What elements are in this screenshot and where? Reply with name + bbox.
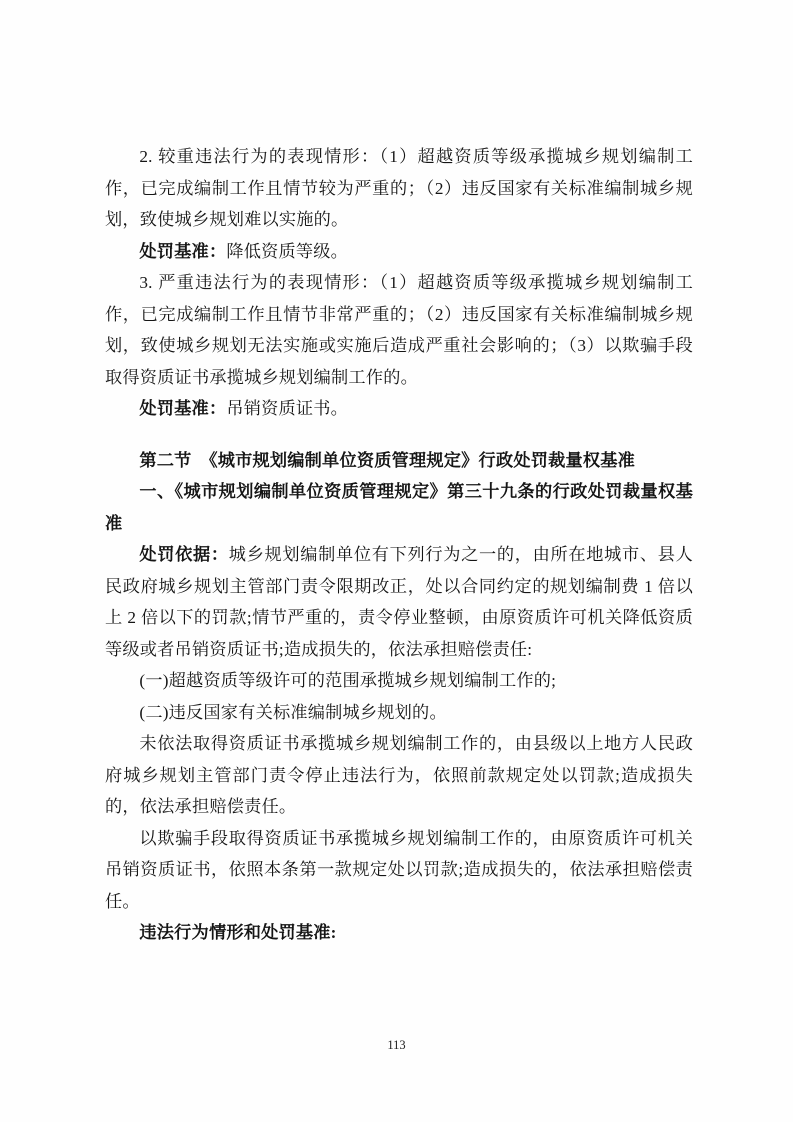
text-run: 一、《城市规划编制单位资质管理规定》第三十九条的行政处罚裁量权基准 bbox=[105, 482, 693, 533]
text-run: (二)违反国家有关标准编制城乡规划的。 bbox=[139, 703, 446, 722]
paragraph: 3. 严重违法行为的表现情形：（1）超越资质等级承揽城乡规划编制工作，已完成编制… bbox=[105, 267, 693, 393]
paragraph: (二)违反国家有关标准编制城乡规划的。 bbox=[105, 697, 693, 729]
text-run: 第二节 《城市规划编制单位资质管理规定》行政处罚裁量权基准 bbox=[139, 451, 635, 470]
text-run: 处罚基准： bbox=[139, 242, 226, 261]
text-run: 以欺骗手段取得资质证书承揽城乡规划编制工作的，由原资质许可机关吊销资质证书，依照… bbox=[105, 829, 693, 911]
text-run: 处罚依据： bbox=[139, 545, 228, 564]
page-number: 113 bbox=[0, 1037, 793, 1053]
document-page: 2. 较重违法行为的表现情形：（1）超越资质等级承揽城乡规划编制工作，已完成编制… bbox=[0, 0, 793, 1122]
paragraph: 处罚基准：吊销资质证书。 bbox=[105, 393, 693, 425]
text-run: 违法行为情形和处罚基准: bbox=[139, 923, 336, 942]
paragraph: 以欺骗手段取得资质证书承揽城乡规划编制工作的，由原资质许可机关吊销资质证书，依照… bbox=[105, 823, 693, 918]
text-run: 未依法取得资质证书承揽城乡规划编制工作的，由县级以上地方人民政府城乡规划主管部门… bbox=[105, 734, 693, 816]
paragraph: (一)超越资质等级许可的范围承揽城乡规划编制工作的; bbox=[105, 665, 693, 697]
text-run: (一)超越资质等级许可的范围承揽城乡规划编制工作的; bbox=[139, 671, 556, 690]
section-heading: 第二节 《城市规划编制单位资质管理规定》行政处罚裁量权基准 bbox=[105, 445, 693, 477]
paragraph: 处罚依据：城乡规划编制单位有下列行为之一的，由所在地城市、县人民政府城乡规划主管… bbox=[105, 539, 693, 665]
paragraph: 违法行为情形和处罚基准: bbox=[105, 917, 693, 949]
text-run: 吊销资质证书。 bbox=[226, 399, 348, 418]
text-run: 降低资质等级。 bbox=[226, 242, 348, 261]
sub-heading: 一、《城市规划编制单位资质管理规定》第三十九条的行政处罚裁量权基准 bbox=[105, 476, 693, 539]
text-run: 处罚基准： bbox=[139, 399, 226, 418]
paragraph: 未依法取得资质证书承揽城乡规划编制工作的，由县级以上地方人民政府城乡规划主管部门… bbox=[105, 728, 693, 823]
paragraph: 处罚基准：降低资质等级。 bbox=[105, 236, 693, 268]
text-run: 3. 严重违法行为的表现情形：（1）超越资质等级承揽城乡规划编制工作，已完成编制… bbox=[105, 273, 693, 387]
document-body: 2. 较重违法行为的表现情形：（1）超越资质等级承揽城乡规划编制工作，已完成编制… bbox=[105, 141, 693, 949]
paragraph: 2. 较重违法行为的表现情形：（1）超越资质等级承揽城乡规划编制工作，已完成编制… bbox=[105, 141, 693, 236]
text-run: 2. 较重违法行为的表现情形：（1）超越资质等级承揽城乡规划编制工作，已完成编制… bbox=[105, 147, 693, 229]
